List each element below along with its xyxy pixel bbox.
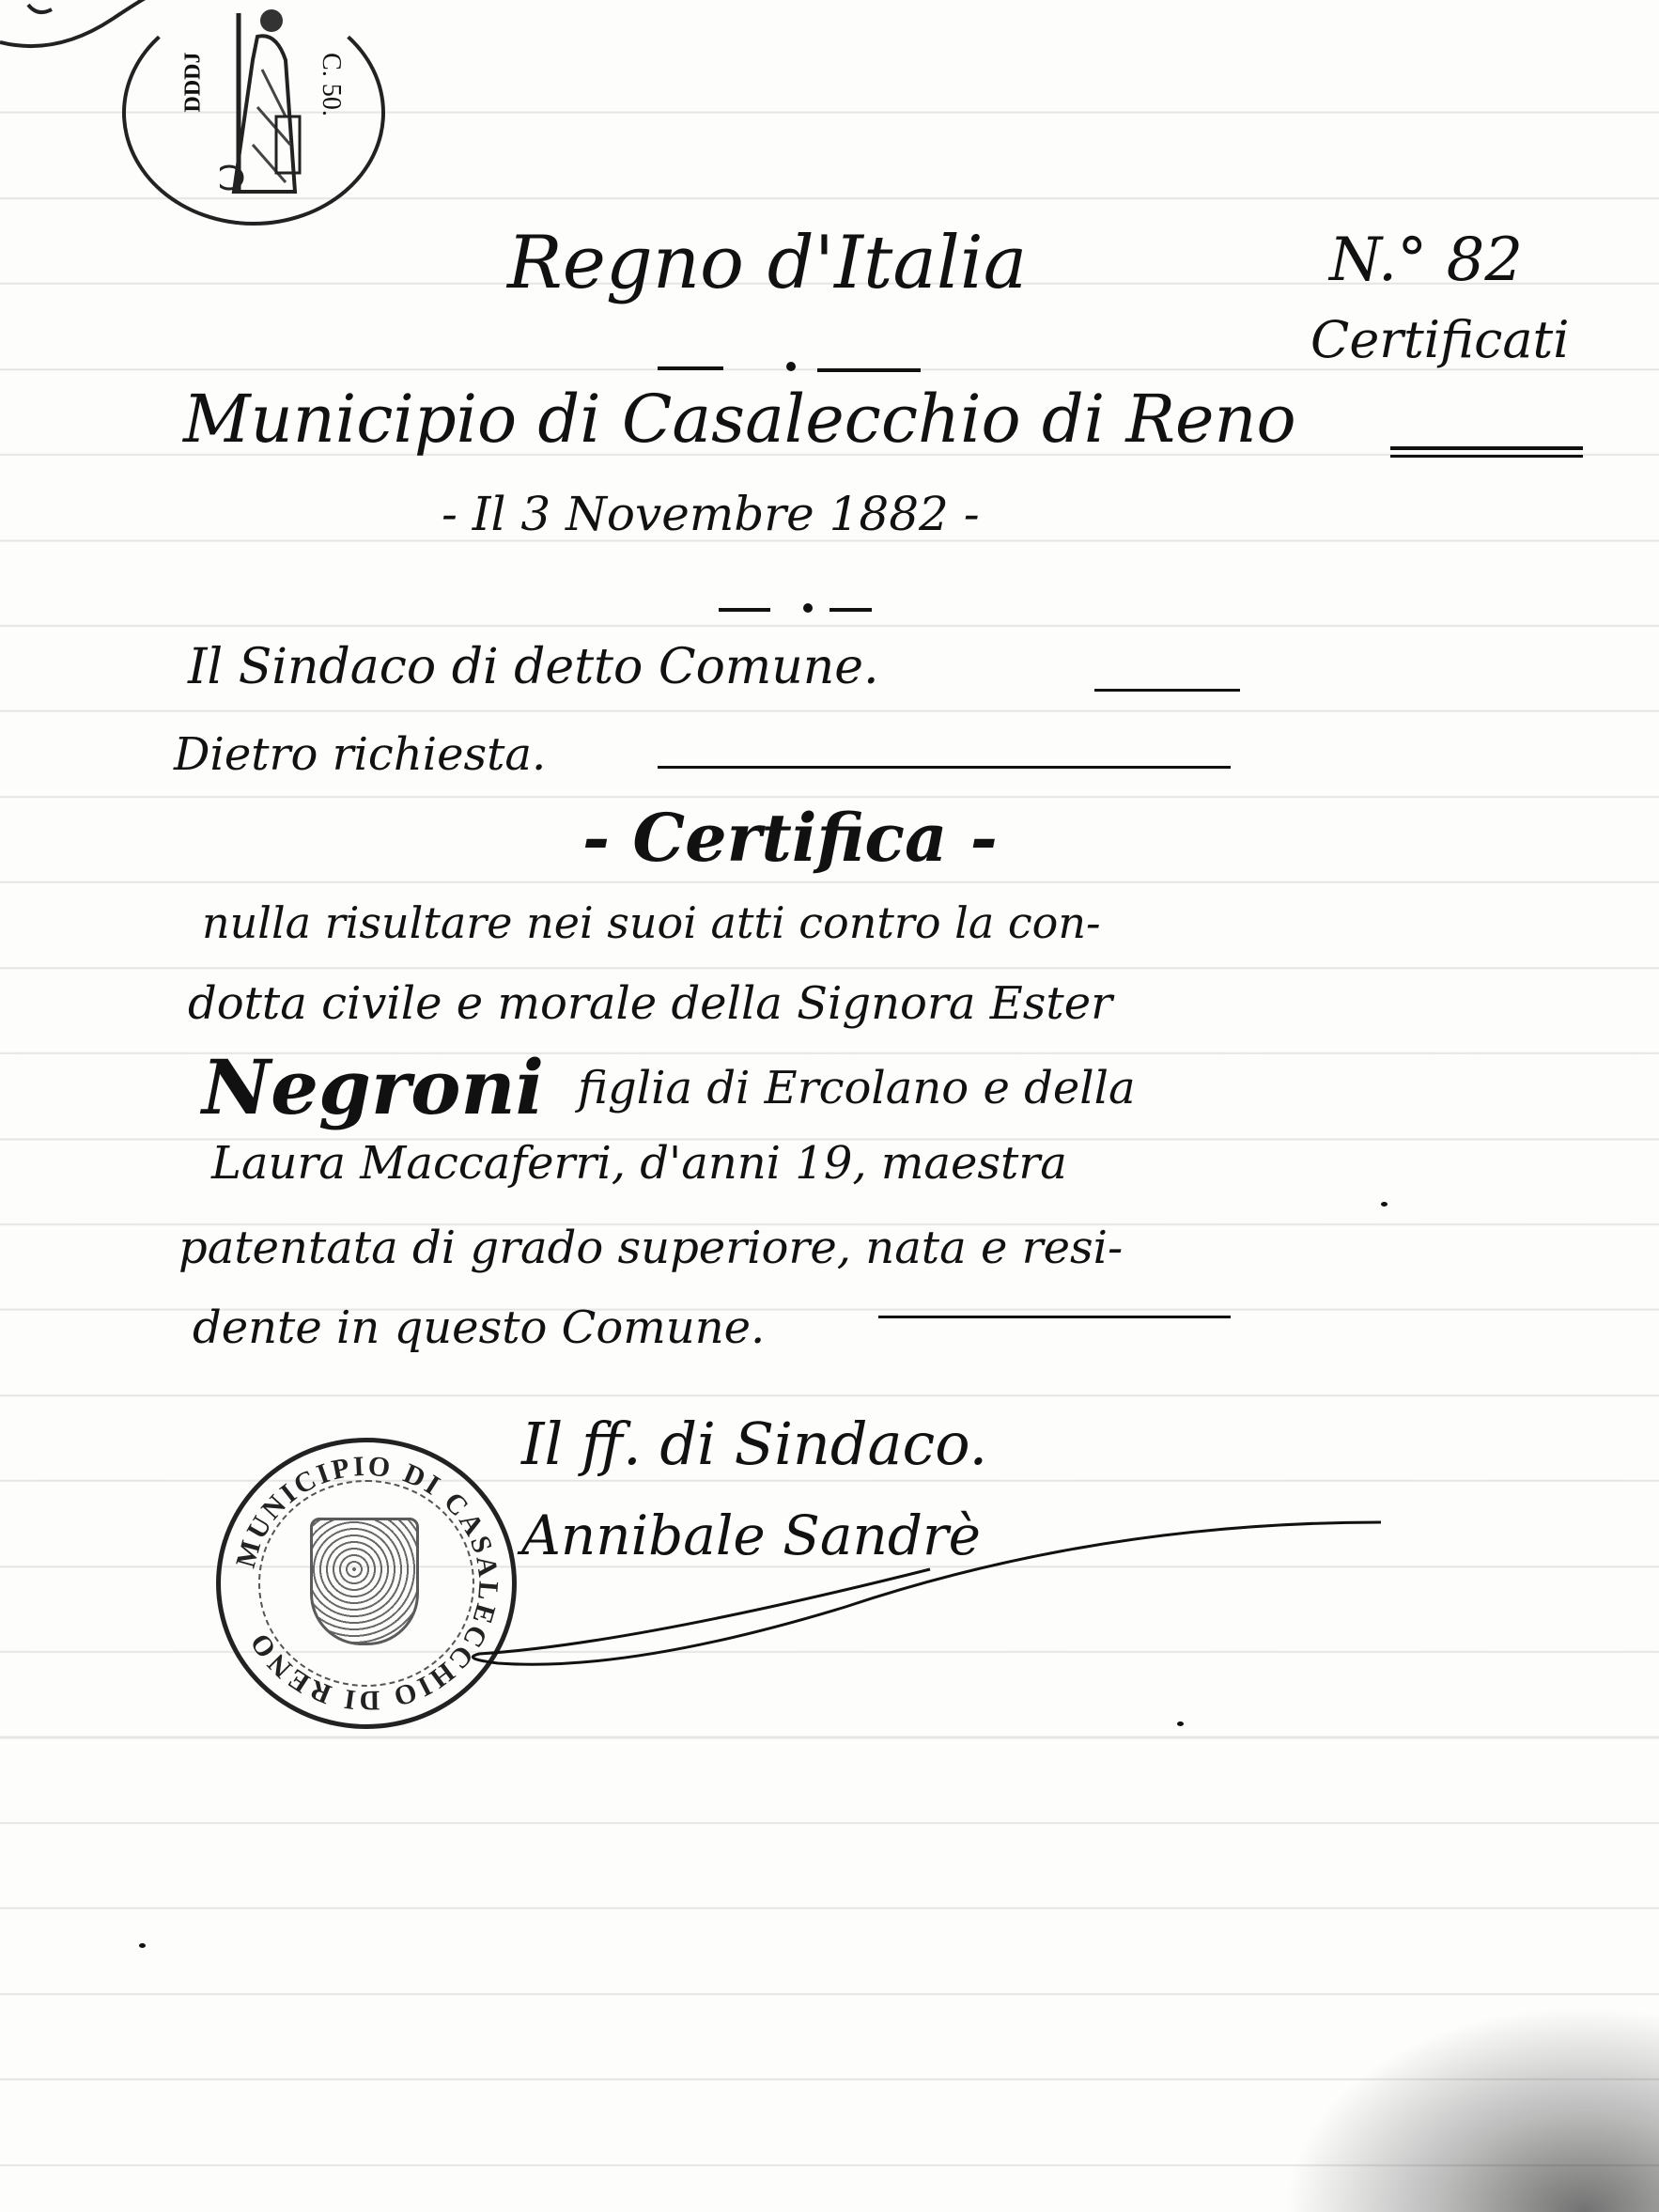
signatory-title: Il ff. di Sindaco. (521, 1410, 987, 1478)
registry-underline-bottom (1390, 455, 1583, 458)
paper-stain (1283, 2005, 1659, 2212)
title-divider-dot (786, 362, 796, 371)
registry-underline-top (1390, 446, 1583, 450)
revenue-stamp: DDDJ C. 50. (122, 0, 385, 226)
section-divider-right (829, 608, 872, 612)
surname-negroni: Negroni (202, 1043, 544, 1131)
body-line-richiesta: Dietro richiesta. (174, 728, 546, 781)
body-line-4: dotta civile e morale della Signora Este… (188, 977, 1112, 1030)
body-line-5: figlia di Ercolano e della (578, 1062, 1136, 1114)
body-line-6: Laura Maccaferri, d'anni 19, maestra (211, 1137, 1067, 1190)
signature-flourish (442, 1503, 1400, 1691)
section-divider-dot (803, 603, 813, 613)
municipality-heading: Municipio di Casalecchio di Reno (183, 381, 1296, 458)
body-line-8: dente in questo Comune. (193, 1301, 765, 1354)
body-line-3: nulla risultare nei suoi atti contro la … (202, 897, 1101, 948)
title-divider-left (658, 366, 723, 370)
certifica-heading: - Certifica - (582, 799, 998, 877)
document-title: Regno d'Italia (507, 221, 1027, 305)
section-divider-left (719, 608, 770, 612)
fill-rule-2 (658, 766, 1231, 769)
allegorical-figure-icon (220, 4, 304, 201)
fill-rule-1 (1094, 689, 1240, 692)
document-date: - Il 3 Novembre 1882 - (442, 487, 980, 541)
stamp-value: C. 50. (316, 53, 346, 117)
title-divider-right (817, 368, 921, 372)
body-line-sindaco: Il Sindaco di detto Comune. (188, 639, 879, 695)
registry-number: N.° 82 (1329, 226, 1523, 295)
ink-speck (1381, 1202, 1388, 1207)
corner-flourish (0, 0, 150, 56)
fill-rule-3 (878, 1316, 1231, 1318)
ink-speck (1177, 1721, 1184, 1726)
stamp-left-text: DDDJ (181, 53, 207, 113)
registry-label: Certificati (1310, 310, 1569, 369)
body-line-7: patentata di grado superiore, nata e res… (178, 1222, 1123, 1274)
ink-speck (139, 1943, 146, 1948)
